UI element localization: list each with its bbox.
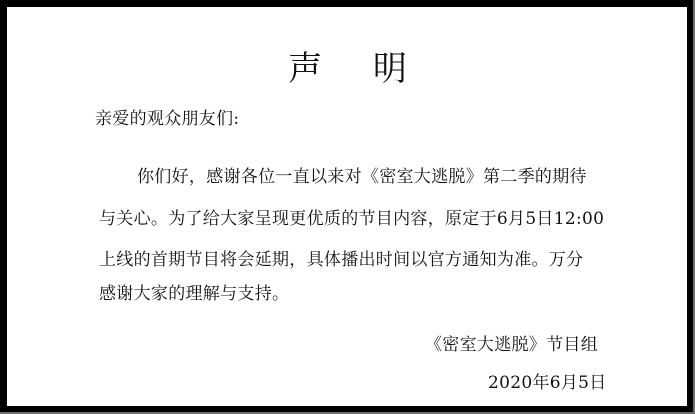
date: 2020年6月5日 (488, 368, 607, 393)
paragraph-line-1: 你们好，感谢各位一直以来对《密室大逃脱》第二季的期待 (137, 162, 587, 187)
paragraph-line-4: 感谢大家的理解与支持。 (99, 279, 289, 304)
notice-title: 声 明 (7, 41, 688, 90)
notice-frame: 声 明 亲爱的观众朋友们: 你们好，感谢各位一直以来对《密室大逃脱》第二季的期待… (0, 0, 693, 412)
paragraph-line-3: 上线的首期节目将会延期，具体播出时间以官方通知为准。万分 (99, 245, 583, 270)
paragraph-line-2: 与关心。为了给大家呈现更优质的节目内容，原定于6月5日12:00 (99, 204, 604, 229)
greeting: 亲爱的观众朋友们: (95, 104, 239, 129)
signature: 《密室大逃脱》节目组 (425, 330, 598, 355)
